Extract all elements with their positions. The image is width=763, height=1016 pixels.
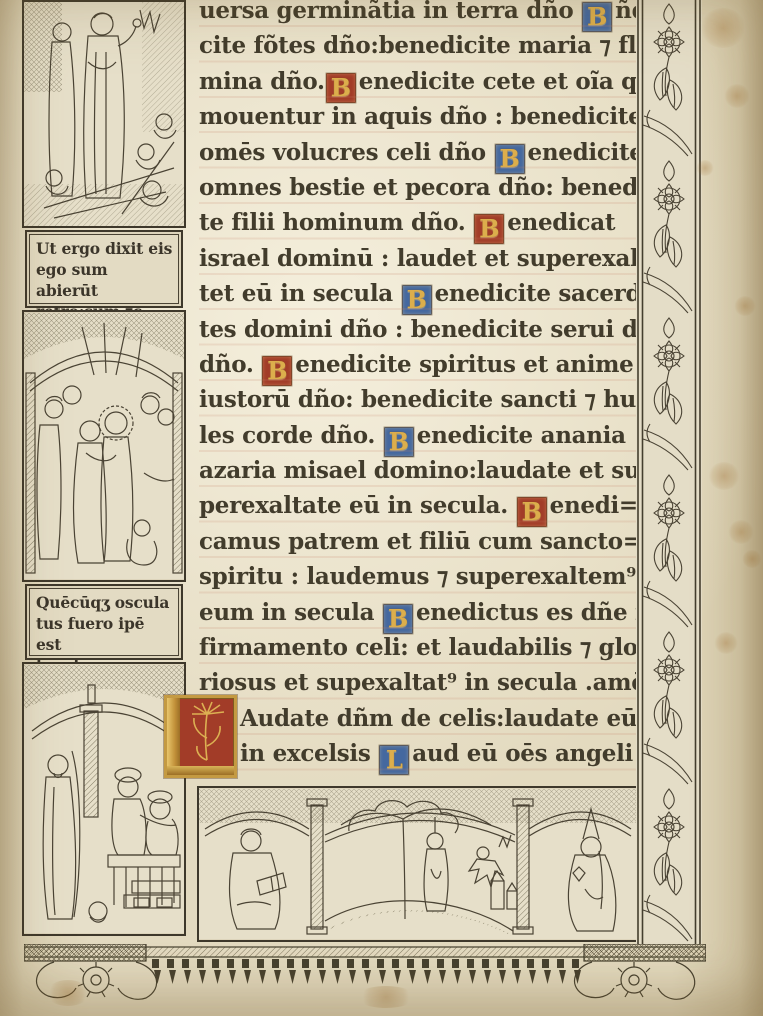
text-line: camus patrem et filiū cum sancto= [199, 524, 639, 559]
text-line: dño. Benedicite spiritus et anime [199, 347, 639, 382]
text-line: spiritu : laudemus ⁊ superexaltem⁹ [199, 559, 639, 594]
text-run: omēs volucres celi dño [199, 139, 494, 166]
caption-line: Quēcūqʒ oscula [36, 592, 173, 613]
text-run: enedi= [550, 492, 638, 519]
caption-line: ego sum abierūt [36, 259, 173, 301]
text-run: eum in secula [199, 599, 382, 626]
text-run: spiritu : laudemus ⁊ superexaltem⁹ [199, 563, 636, 590]
text-run: enedicite [528, 139, 639, 166]
text-line: cite fõtes dño:benedicite maria ⁊ flu [199, 28, 639, 63]
text-run: firmamento celi: et laudabilis ⁊ glo [199, 634, 638, 661]
text-line: les corde dño. Benedicite anania [199, 418, 639, 453]
text-run: mina dño. [199, 68, 325, 95]
text-line: mouentur in aquis dño : benedicite [199, 99, 639, 134]
initial-gold-bar [167, 698, 180, 775]
text-run: camus patrem et filiū cum sancto= [199, 528, 639, 555]
text-line: in excelsis Laud eū oēs angeli [199, 736, 639, 771]
text-line: perexaltate eū in secula. Benedi= [199, 488, 639, 523]
text-line: tes domini dño : benedicite serui dñi [199, 312, 639, 347]
text-run: tet eū in secula [199, 280, 401, 307]
text-run: enedicite anania [417, 422, 626, 449]
fox-spot [708, 462, 740, 490]
text-run: mouentur in aquis dño : benedicite [199, 103, 639, 130]
text-run: les corde dño. [199, 422, 383, 449]
text-run: te filii hominum dño. [199, 209, 473, 236]
right-floral-border [636, 0, 702, 944]
margin-caption-ego-sum: Ut ergo dixit eis ego sum abierūt retro:… [25, 230, 183, 308]
text-run: cite fõtes dño:benedicite maria ⁊ flu [199, 32, 639, 59]
woodcut-kiss-of-judas-illustration [24, 312, 184, 580]
text-run: azaria misael domino:laudate et su [199, 457, 639, 484]
text-run: Audate dñm de celis:laudate eū [240, 705, 637, 732]
main-text-block: uersa germinãtia in terra dño Bñdicite f… [199, 0, 639, 781]
text-line: eum in secula Benedictus es dñe in [199, 595, 639, 630]
text-line: Audate dñm de celis:laudate eū [199, 701, 639, 736]
text-run: enedicite spiritus et anime [295, 351, 633, 378]
text-run: aud eū oēs angeli [412, 740, 633, 767]
text-run: dño. [199, 351, 261, 378]
bottom-cornice-border [24, 944, 706, 1010]
bottom-woodcut-strip [197, 786, 639, 942]
fox-spot [742, 550, 762, 568]
text-line: mina dño.Benedicite cete et oĩa que [199, 64, 639, 99]
text-lines-container: uersa germinãtia in terra dño Bñdicite f… [199, 0, 639, 772]
text-line: tet eū in secula Benedicite sacerdo [199, 276, 639, 311]
bottom-border-ornament [24, 944, 706, 1010]
text-run: enedicite cete et oĩa que [359, 68, 639, 95]
fox-spot [724, 84, 750, 108]
caption-line: tus fuero ipē est [36, 613, 173, 655]
text-run: omnes bestie et pecora dño: benedici= [199, 174, 639, 201]
decorated-initial: B [402, 285, 432, 315]
woodcut-arrest-illustration [24, 2, 184, 226]
text-run: enedictus es dñe in [416, 599, 639, 626]
text-run: perexaltate eū in secula. [199, 492, 516, 519]
decorated-initial: L [379, 745, 409, 775]
woodcut-christ-before-priests [22, 662, 186, 936]
fox-spot [734, 296, 756, 316]
text-run: riosus et supexaltat⁹ in secula .amē [199, 669, 639, 696]
manuscript-page: Ut ergo dixit eis ego sum abierūt retro:… [0, 0, 763, 1016]
text-line: iustorū dño: benedicite sancti ⁊ humi [199, 382, 639, 417]
left-illustration-column: Ut ergo dixit eis ego sum abierūt retro:… [22, 0, 186, 938]
woodcut-kiss-of-judas [22, 310, 186, 582]
text-line: azaria misael domino:laudate et su [199, 453, 639, 488]
text-line: firmamento celi: et laudabilis ⁊ glo [199, 630, 639, 665]
text-run: enedicite sacerdo [435, 280, 639, 307]
margin-caption-quecumque: Quēcūqʒ oscula tus fuero ipē est tenete … [25, 584, 183, 660]
text-run: tes domini dño : benedicite serui dñi [199, 316, 639, 343]
bottom-strip-illustration [199, 788, 637, 940]
fox-spot [714, 632, 738, 654]
decorated-initial: B [517, 497, 547, 527]
text-line: israel dominū : laudet et superexal= [199, 241, 639, 276]
text-run: enedicat [507, 209, 615, 236]
large-initial-L [164, 695, 237, 778]
woodcut-priests-illustration [24, 664, 184, 934]
initial-floral-spray [180, 698, 234, 768]
text-line: riosus et supexaltat⁹ in secula .amē [199, 665, 639, 700]
fox-spot [728, 520, 754, 544]
text-line: omēs volucres celi dño Benedicite [199, 135, 639, 170]
text-run: in excelsis [240, 740, 378, 767]
text-line: omnes bestie et pecora dño: benedici= [199, 170, 639, 205]
fox-spot [700, 8, 746, 48]
text-run: israel dominū : laudet et superexal= [199, 245, 639, 272]
text-run: uersa germinãtia in terra dño [199, 0, 581, 24]
right-border-ornament [636, 0, 702, 944]
text-line: te filii hominum dño. Benedicat [199, 205, 639, 240]
decorated-initial: B [474, 214, 504, 244]
text-line: uersa germinãtia in terra dño Bñdi [199, 0, 639, 28]
text-run: iustorū dño: benedicite sancti ⁊ humi [199, 386, 639, 413]
caption-line: Ut ergo dixit eis [36, 238, 173, 259]
woodcut-arrest-soldiers-falling [22, 0, 186, 228]
